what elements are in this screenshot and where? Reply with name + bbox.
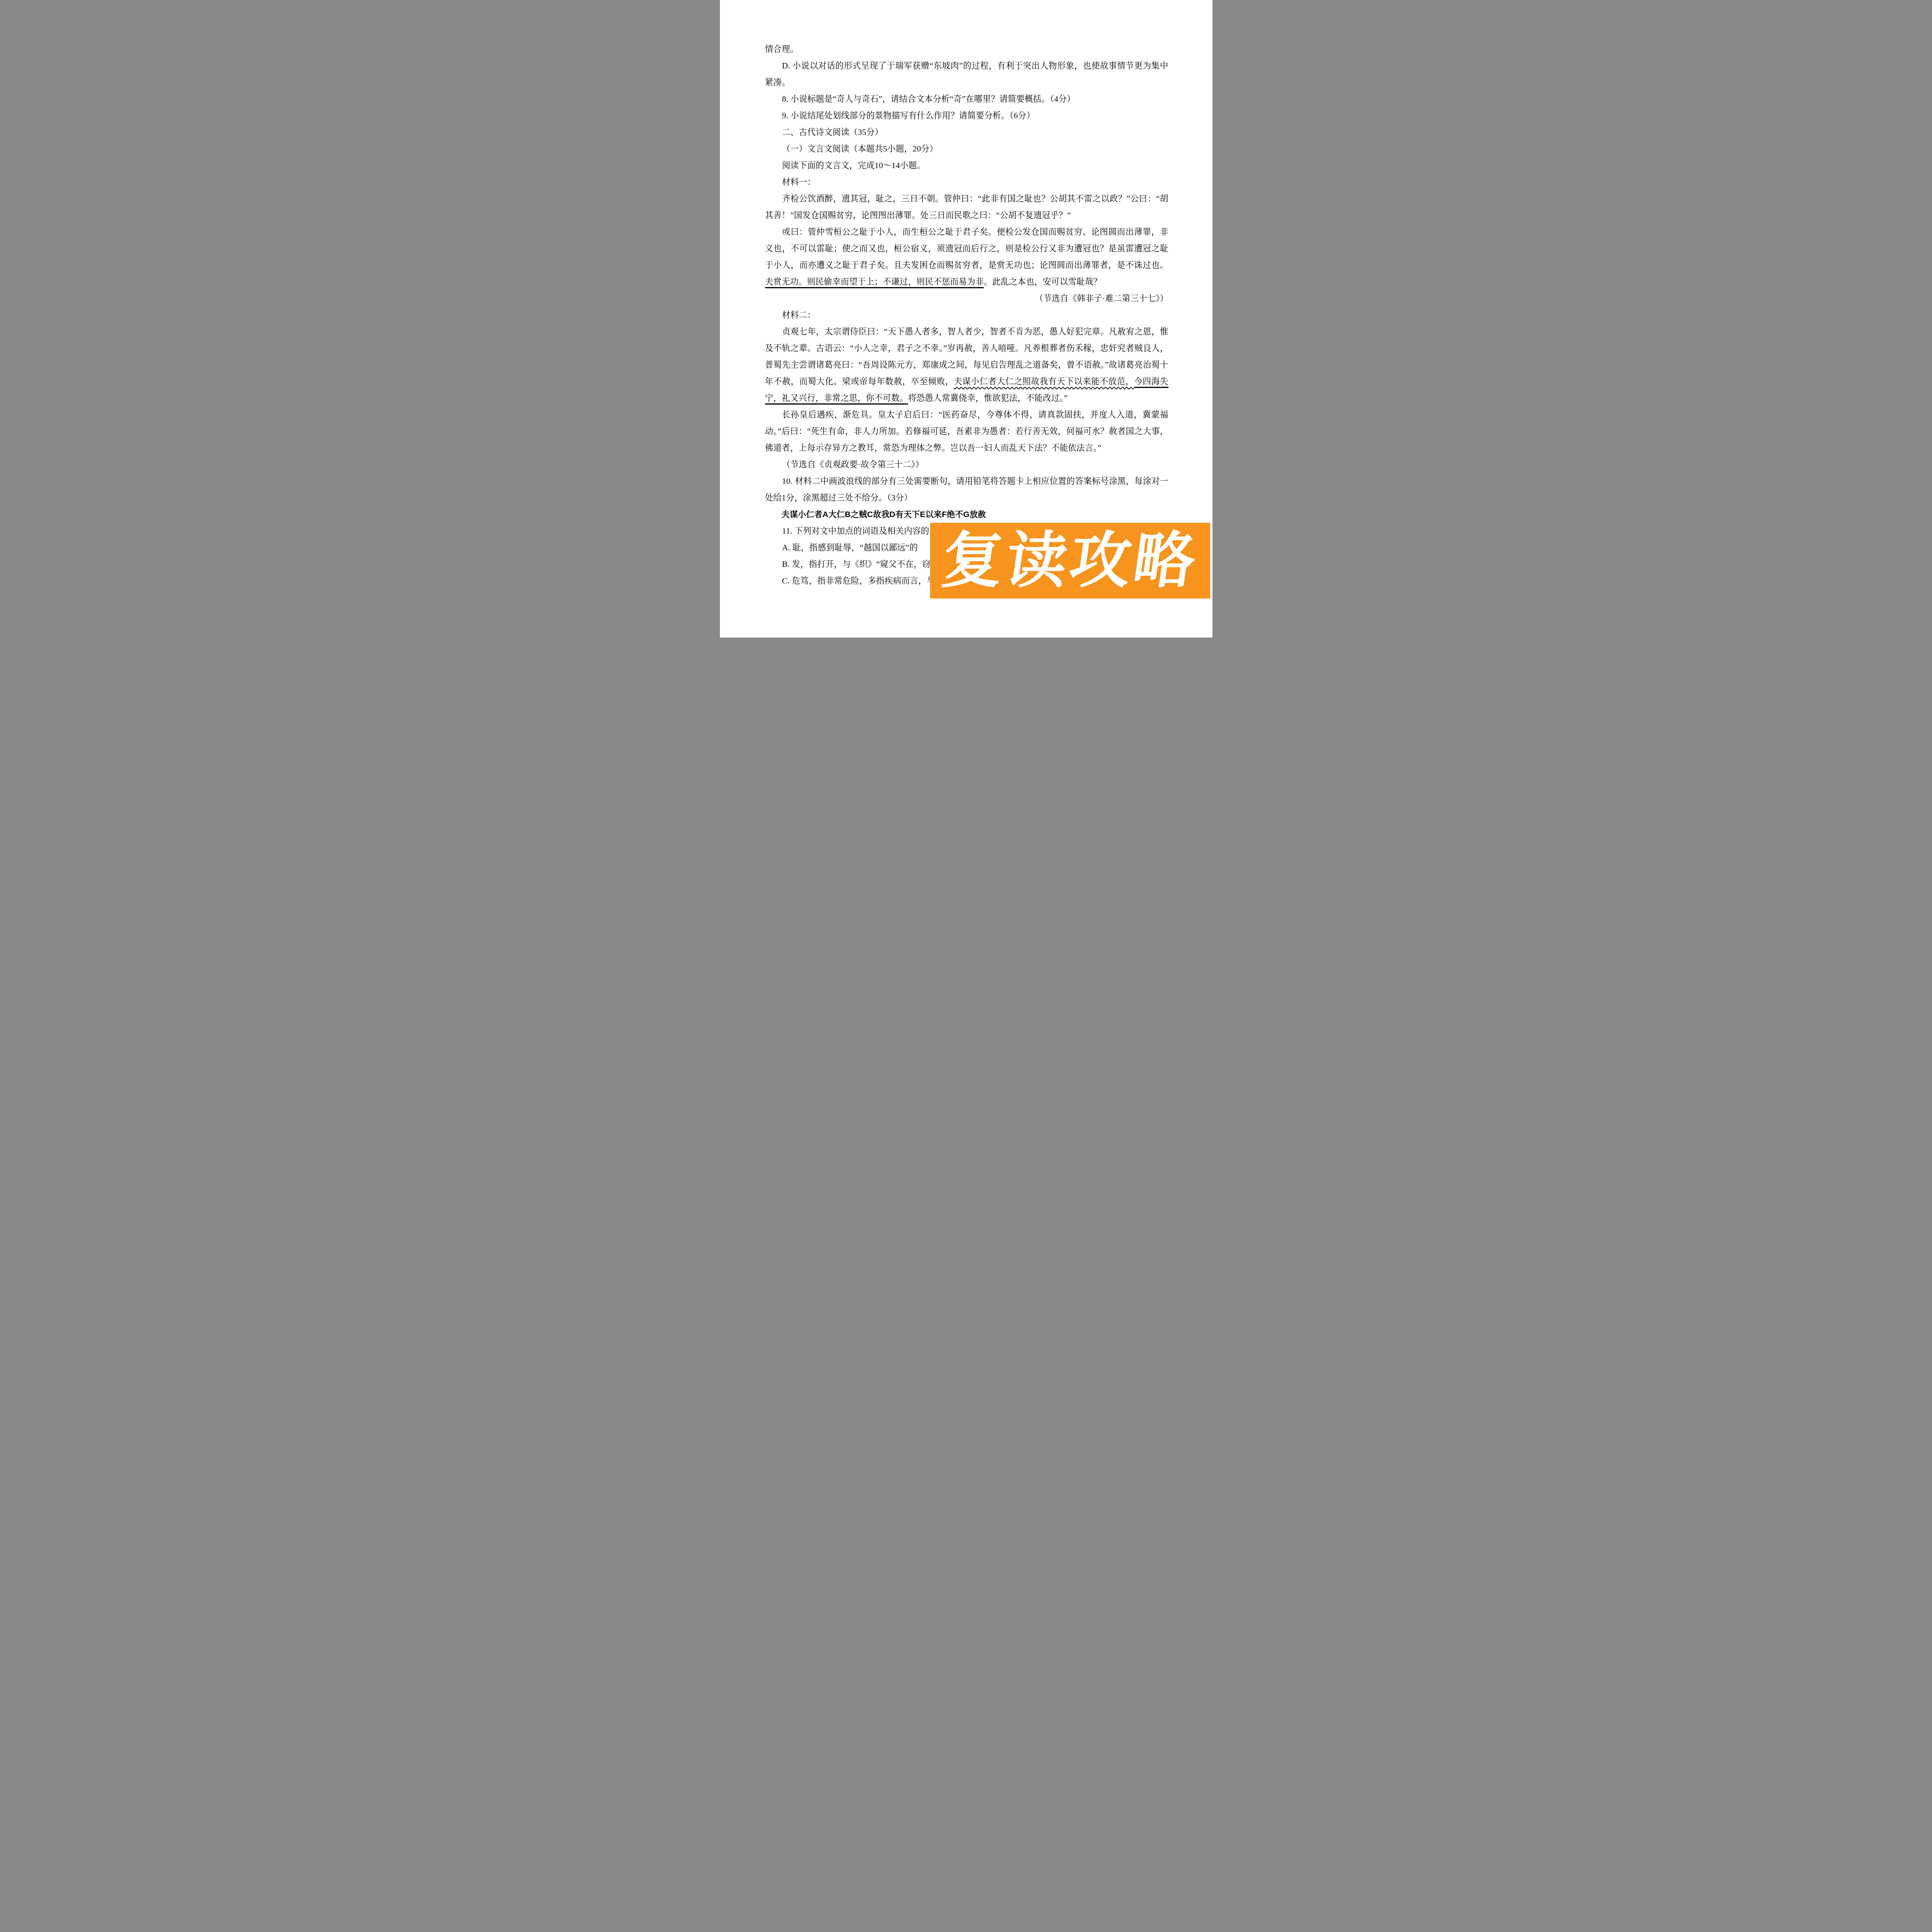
question-9: 9. 小说结尾处划线部分的景物描写有什么作用？请简要分析。（6分） bbox=[765, 107, 1168, 124]
source-zhenguanzhengyao: （节选自《贞观政要·故令第三十二》） bbox=[765, 456, 1168, 473]
promo-banner: 复读攻略 bbox=[930, 523, 1210, 599]
material-two-label: 材料二： bbox=[765, 307, 1168, 323]
exam-page: 情合理。D. 小说以对话的形式呈现了于瑞军获赠“东坡肉”的过程，有利于突出人物形… bbox=[720, 0, 1213, 638]
text-segment: 材料二： bbox=[782, 310, 816, 320]
material-two-text-2: 长孙皇后遇疾，渐危具。皇太子启后曰：“医药奋尽，今尊体不得，请真款固扶，并度人入… bbox=[765, 406, 1168, 456]
text-segment: 齐检公饮酒醉，遗其冠，耻之，三日不朝。管仲曰：“此非有国之耻也？公胡其不雷之以政… bbox=[765, 194, 1168, 220]
text-segment: 将恐愚人常冀侥幸，惟欲犯法，不能改过。” bbox=[908, 393, 1068, 403]
text-segment: 长孙皇后遇疾，渐危具。皇太子启后曰：“医药奋尽，今尊体不得，请真款固扶，并度人入… bbox=[765, 410, 1168, 452]
reading-instruction: 阅读下面的文言文，完成10～14小题。 bbox=[765, 157, 1168, 174]
text-segment: 夫谋小仁者A大仁B之贼C故我D有天下E以来F绝不G放赦 bbox=[782, 510, 986, 519]
sentence-breaking-line: 夫谋小仁者A大仁B之贼C故我D有天下E以来F绝不G放赦 bbox=[765, 506, 1168, 523]
text-segment: B. 发，指打开，与《织》“窥父不在，窃 bbox=[782, 560, 930, 569]
material-one-commentary: 或曰：管仲雪桓公之耻于小人，而生桓公之耻于君子矣。便检公发仓国而赐贫穷、论图圆而… bbox=[765, 224, 1168, 290]
underlined-segment: 夫赏无功。则民偷幸而望于上；不谦过，则民不惩而易为非 bbox=[765, 277, 984, 288]
question-10: 10. 材料二中画波浪线的部分有三处需要断句，请用铅笔将答题卡上相应位置的答案标… bbox=[765, 473, 1168, 506]
text-segment: 9. 小说结尾处划线部分的景物描写有什么作用？请简要分析。（6分） bbox=[782, 111, 1035, 120]
text-segment: C. 危笃，指非常危险，多指疾病而言，与 bbox=[782, 576, 935, 585]
text-segment: 。此乱之本也，安可以雪耻哉？ bbox=[984, 277, 1102, 286]
text-segment: 8. 小说标题是“奇人与奇石”，请结合文本分析“奇”在哪里？请简要概括。（4分） bbox=[782, 94, 1075, 104]
option-c-continuation: 情合理。 bbox=[765, 41, 1168, 58]
text-segment: D. 小说以对话的形式呈现了于瑞军获赠“东坡肉”的过程，有利于突出人物形象，也使… bbox=[765, 61, 1168, 87]
text-segment: 二、古代诗文阅读（35分） bbox=[782, 128, 883, 137]
document-body: 情合理。D. 小说以对话的形式呈现了于瑞军获赠“东坡肉”的过程，有利于突出人物形… bbox=[765, 41, 1168, 589]
text-segment: 阅读下面的文言文，完成10～14小题。 bbox=[782, 161, 925, 170]
material-one-text: 齐检公饮酒醉，遗其冠，耻之，三日不朝。管仲曰：“此非有国之耻也？公胡其不雷之以政… bbox=[765, 190, 1168, 224]
text-segment: （节选自《贞观政要·故令第三十二》） bbox=[782, 460, 924, 469]
text-segment: （一）文言文阅读（本题共5小题，20分） bbox=[782, 144, 938, 153]
text-segment: 11. 下列对文中加点的词语及相关内容的 bbox=[782, 526, 929, 536]
option-d: D. 小说以对话的形式呈现了于瑞军获赠“东坡肉”的过程，有利于突出人物形象，也使… bbox=[765, 58, 1168, 91]
question-8: 8. 小说标题是“奇人与奇石”，请结合文本分析“奇”在哪里？请简要概括。（4分） bbox=[765, 91, 1168, 107]
text-segment: （节选自《韩非子·难二第三十七》） bbox=[1035, 294, 1168, 303]
material-one-label: 材料一： bbox=[765, 174, 1168, 190]
text-segment: 或曰：管仲雪桓公之耻于小人，而生桓公之耻于君子矣。便检公发仓国而赐贫穷、论图圆而… bbox=[765, 227, 1168, 270]
text-segment: 材料一： bbox=[782, 177, 816, 187]
subsection-heading: （一）文言文阅读（本题共5小题，20分） bbox=[765, 141, 1168, 157]
text-segment: A. 耻，指感到耻辱，“越国以鄙远”的 bbox=[782, 543, 918, 552]
promo-banner-label: 复读攻略 bbox=[938, 530, 1202, 591]
text-segment: 情合理。 bbox=[765, 44, 799, 54]
material-two-text-1: 贞观七年，太宗谓侍臣曰：“天下愚人者多，智人者少，智者不肯为恶，愚人好犯完章。凡… bbox=[765, 323, 1168, 406]
text-segment: 10. 材料二中画波浪线的部分有三处需要断句，请用铅笔将答题卡上相应位置的答案标… bbox=[765, 476, 1168, 502]
source-hanfeizi: （节选自《韩非子·难二第三十七》） bbox=[765, 290, 1168, 307]
section-heading: 二、古代诗文阅读（35分） bbox=[765, 124, 1168, 141]
wavy-underlined-segment: 夫谋小仁者大仁之照故我有天下以来能不放范， bbox=[954, 377, 1134, 386]
